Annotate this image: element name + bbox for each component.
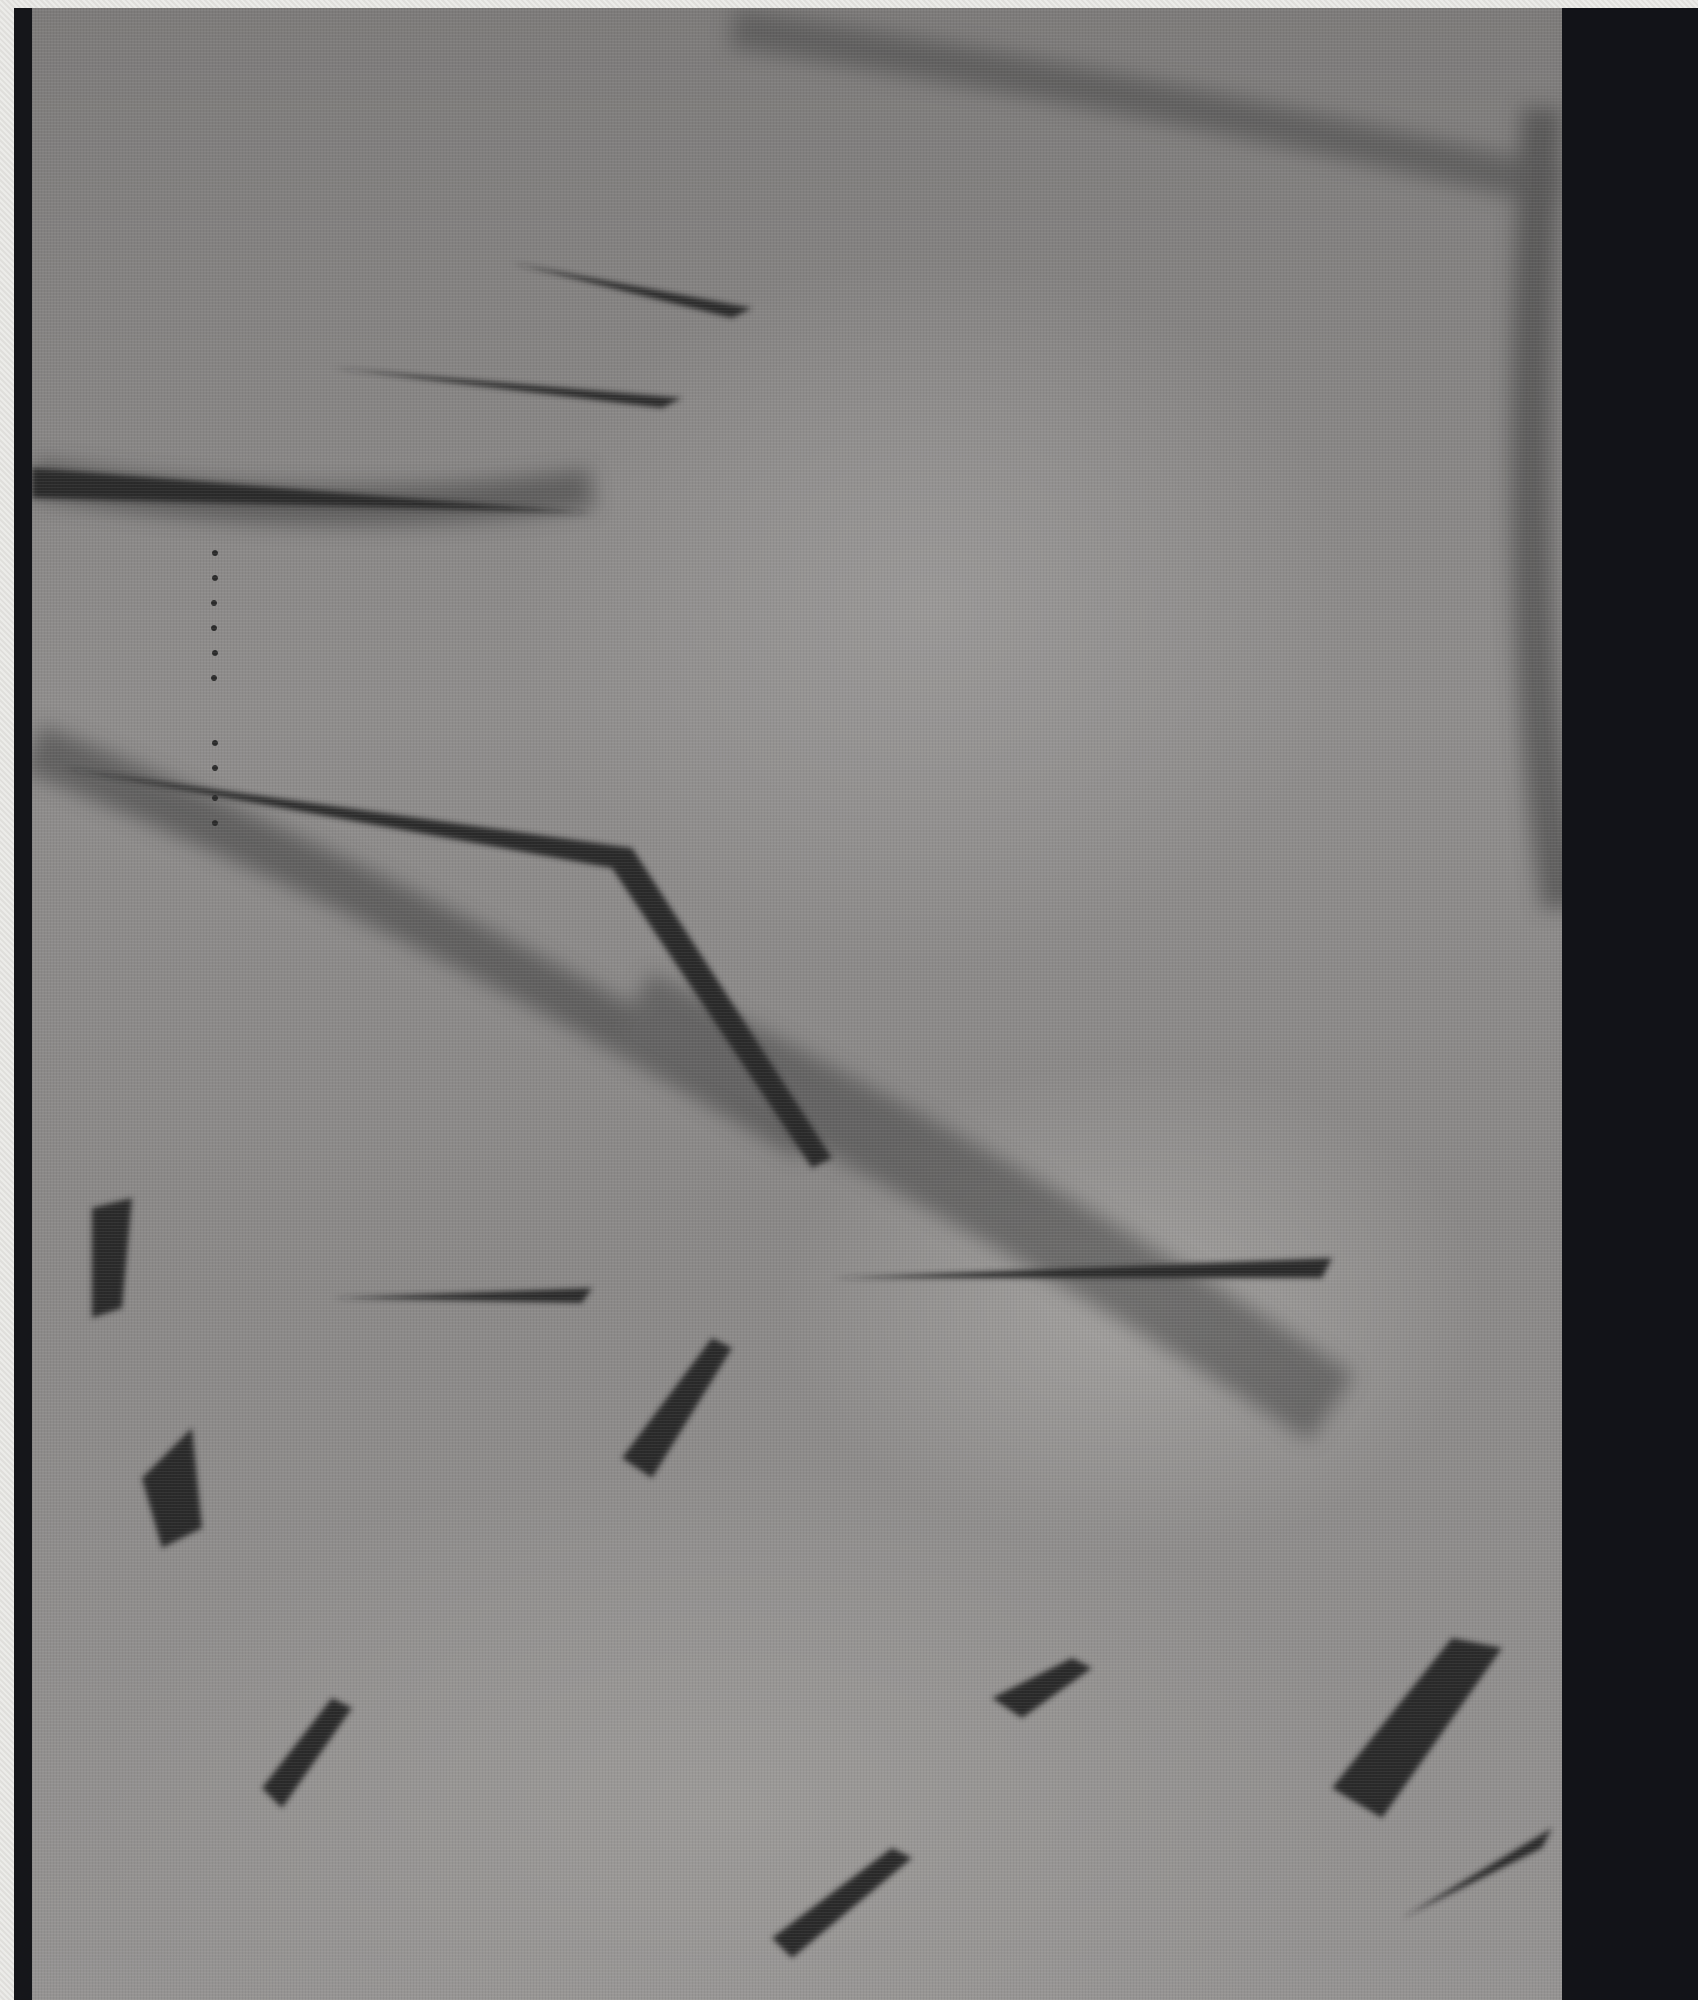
frame-right-edge <box>1562 8 1698 2000</box>
brush-strokes <box>32 8 1562 2000</box>
textured-print <box>32 8 1562 2000</box>
frame-left-edge <box>14 8 32 2000</box>
